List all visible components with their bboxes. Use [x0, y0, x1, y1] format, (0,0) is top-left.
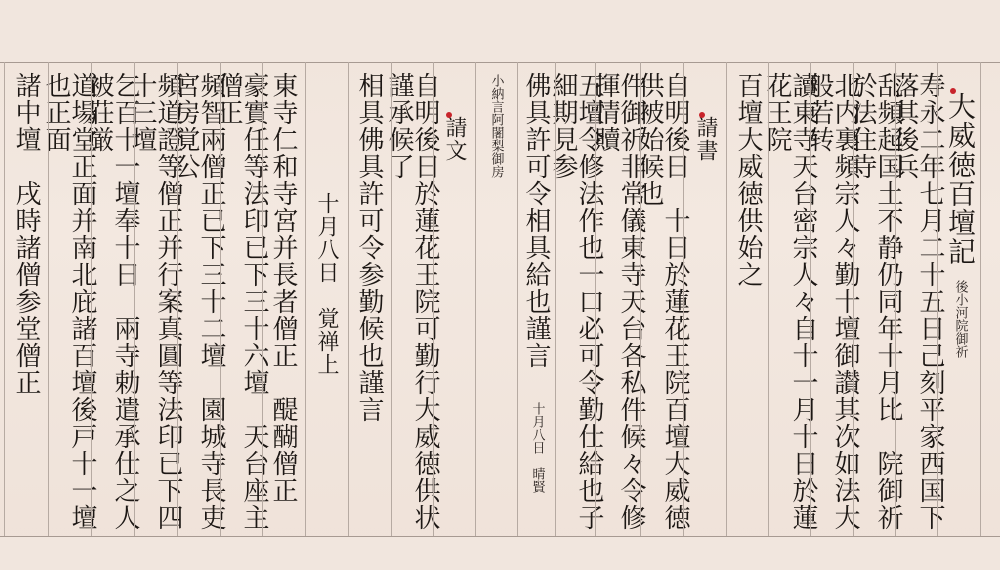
column-rule-line [433, 62, 434, 536]
column-text: 自明後日於蓮花王院可勤行大威徳供状謹承候了 [386, 72, 438, 534]
column-rule-line [391, 62, 392, 536]
addressee: 小納言阿闍梨御房 [490, 74, 503, 178]
column-text: 讀東寺天台密宗人々自十一月十日於蓮花王院 [764, 72, 816, 534]
column-4: 北内裏頻宗人々勤十壇御讃其次如法大般若转 [812, 72, 852, 534]
column-title: 大威徳百壇記 後小河院御祈 [940, 72, 980, 534]
top-margin [0, 0, 1000, 63]
column-23: 諸中壇 戌時諸僧参堂僧正 [5, 72, 47, 534]
column-rule-line [555, 62, 556, 536]
column-14: 自明後日於蓮花王院可勤行大威徳供状謹承候了 [392, 72, 432, 534]
ruled-text-area: 大威徳百壇記 後小河院御祈 寿永二年七月二十五日己刻平家西国下落其後兵 乱頻起国… [0, 62, 1000, 536]
column-rule-line [937, 62, 938, 536]
column-6: 百壇大威徳供始之 [728, 72, 768, 534]
column-rule-line [810, 62, 811, 536]
document-title: 大威徳百壇記 [946, 92, 974, 266]
column-rule-line [4, 62, 5, 536]
section-heading: 請文 [443, 116, 465, 162]
column-text: 諸中壇 戌時諸僧参堂僧正 [13, 72, 39, 396]
column-rule-line [305, 62, 306, 536]
column-rule-line [726, 62, 727, 536]
column-rule-line [517, 62, 518, 536]
column-2: 寿永二年七月二十五日己刻平家西国下落其後兵 [897, 72, 937, 534]
column-text: 東寺仁和寺宮并長者僧正 醍醐僧正 [270, 72, 296, 504]
column-22: 道場堂正面并南北庇諸百壇後戸十一壇也正面 [49, 72, 89, 534]
column-9: 件御祈非常儀東寺天台各私件候々令修揮情贖 [598, 72, 638, 534]
manuscript-paper: 大威徳百壇記 後小河院御祈 寿永二年七月二十五日己刻平家西国下落其後兵 乱頻起国… [0, 0, 1000, 570]
seal-dot [699, 112, 705, 118]
seal-dot [950, 88, 956, 94]
column-rule-line [640, 62, 641, 536]
column-rule-line [134, 62, 135, 536]
column-rule-line [683, 62, 684, 536]
column-text: 道場堂正面并南北庇諸百壇後戸十一壇也正面 [43, 72, 95, 534]
column-rule-line [220, 62, 221, 536]
column-3: 乱頻起国土不静仍同年十月比 院御祈於法住寺 [855, 72, 895, 534]
column-16: 十月八日 覚禅上 [306, 72, 346, 534]
column-8: 自明後日 十日於蓮花王院百壇大威徳供被始候也 [642, 72, 682, 534]
column-rule-line [48, 62, 49, 536]
column-heading-ukebumi-2: 請文 [434, 72, 474, 534]
column-rule-line [595, 62, 596, 536]
column-5: 讀東寺天台密宗人々自十一月十日於蓮花王院 [770, 72, 810, 534]
column-rule-line [348, 62, 349, 536]
column-17: 東寺仁和寺宮并長者僧正 醍醐僧正 [263, 72, 303, 534]
column-text: 佛具許可令相具給也謹言 [523, 72, 549, 369]
section-heading: 請書 [694, 116, 716, 162]
bottom-margin [0, 536, 1000, 570]
column-12: 小納言阿闍梨御房 [476, 72, 516, 534]
column-rule-line [262, 62, 263, 536]
title-annotation: 後小河院御祈 [954, 280, 967, 358]
column-rule-line [91, 62, 92, 536]
column-rule-line [853, 62, 854, 536]
column-text: 百壇大威徳供始之 [735, 72, 761, 288]
column-18: 豪實任等法印已下三十六壇 天台座主僧正 [221, 72, 261, 534]
column-rule-line [768, 62, 769, 536]
column-text: 相具佛具許可令参勤候也謹言 [356, 72, 382, 423]
column-15: 相具佛具許可令参勤候也謹言 [349, 72, 389, 534]
column-19: 頻智兩僧正已下三十二壇 園城寺長吏宮房覚公 [178, 72, 218, 534]
column-20: 頻道證等僧正并行案真圓等法印已下四十三壇 [135, 72, 175, 534]
date-signature: 十月八日 覚禅上 [315, 192, 337, 376]
column-rule-line [980, 62, 981, 536]
column-10: 五壇令修法作也一口必可令勤仕給也子細期見参 [556, 72, 596, 534]
date-signature: 十月八日 晴賢 [531, 402, 544, 493]
column-11-date: 十月八日 晴賢 [519, 402, 555, 522]
seal-dot [446, 112, 452, 118]
column-rule-line [895, 62, 896, 536]
column-21: 乞百十一壇奉十日 兩寺勅遣承仕之人被荘厳 [92, 72, 132, 534]
column-heading-ukebumi: 請書 [685, 72, 725, 534]
column-rule-line [177, 62, 178, 536]
column-rule-line [475, 62, 476, 536]
